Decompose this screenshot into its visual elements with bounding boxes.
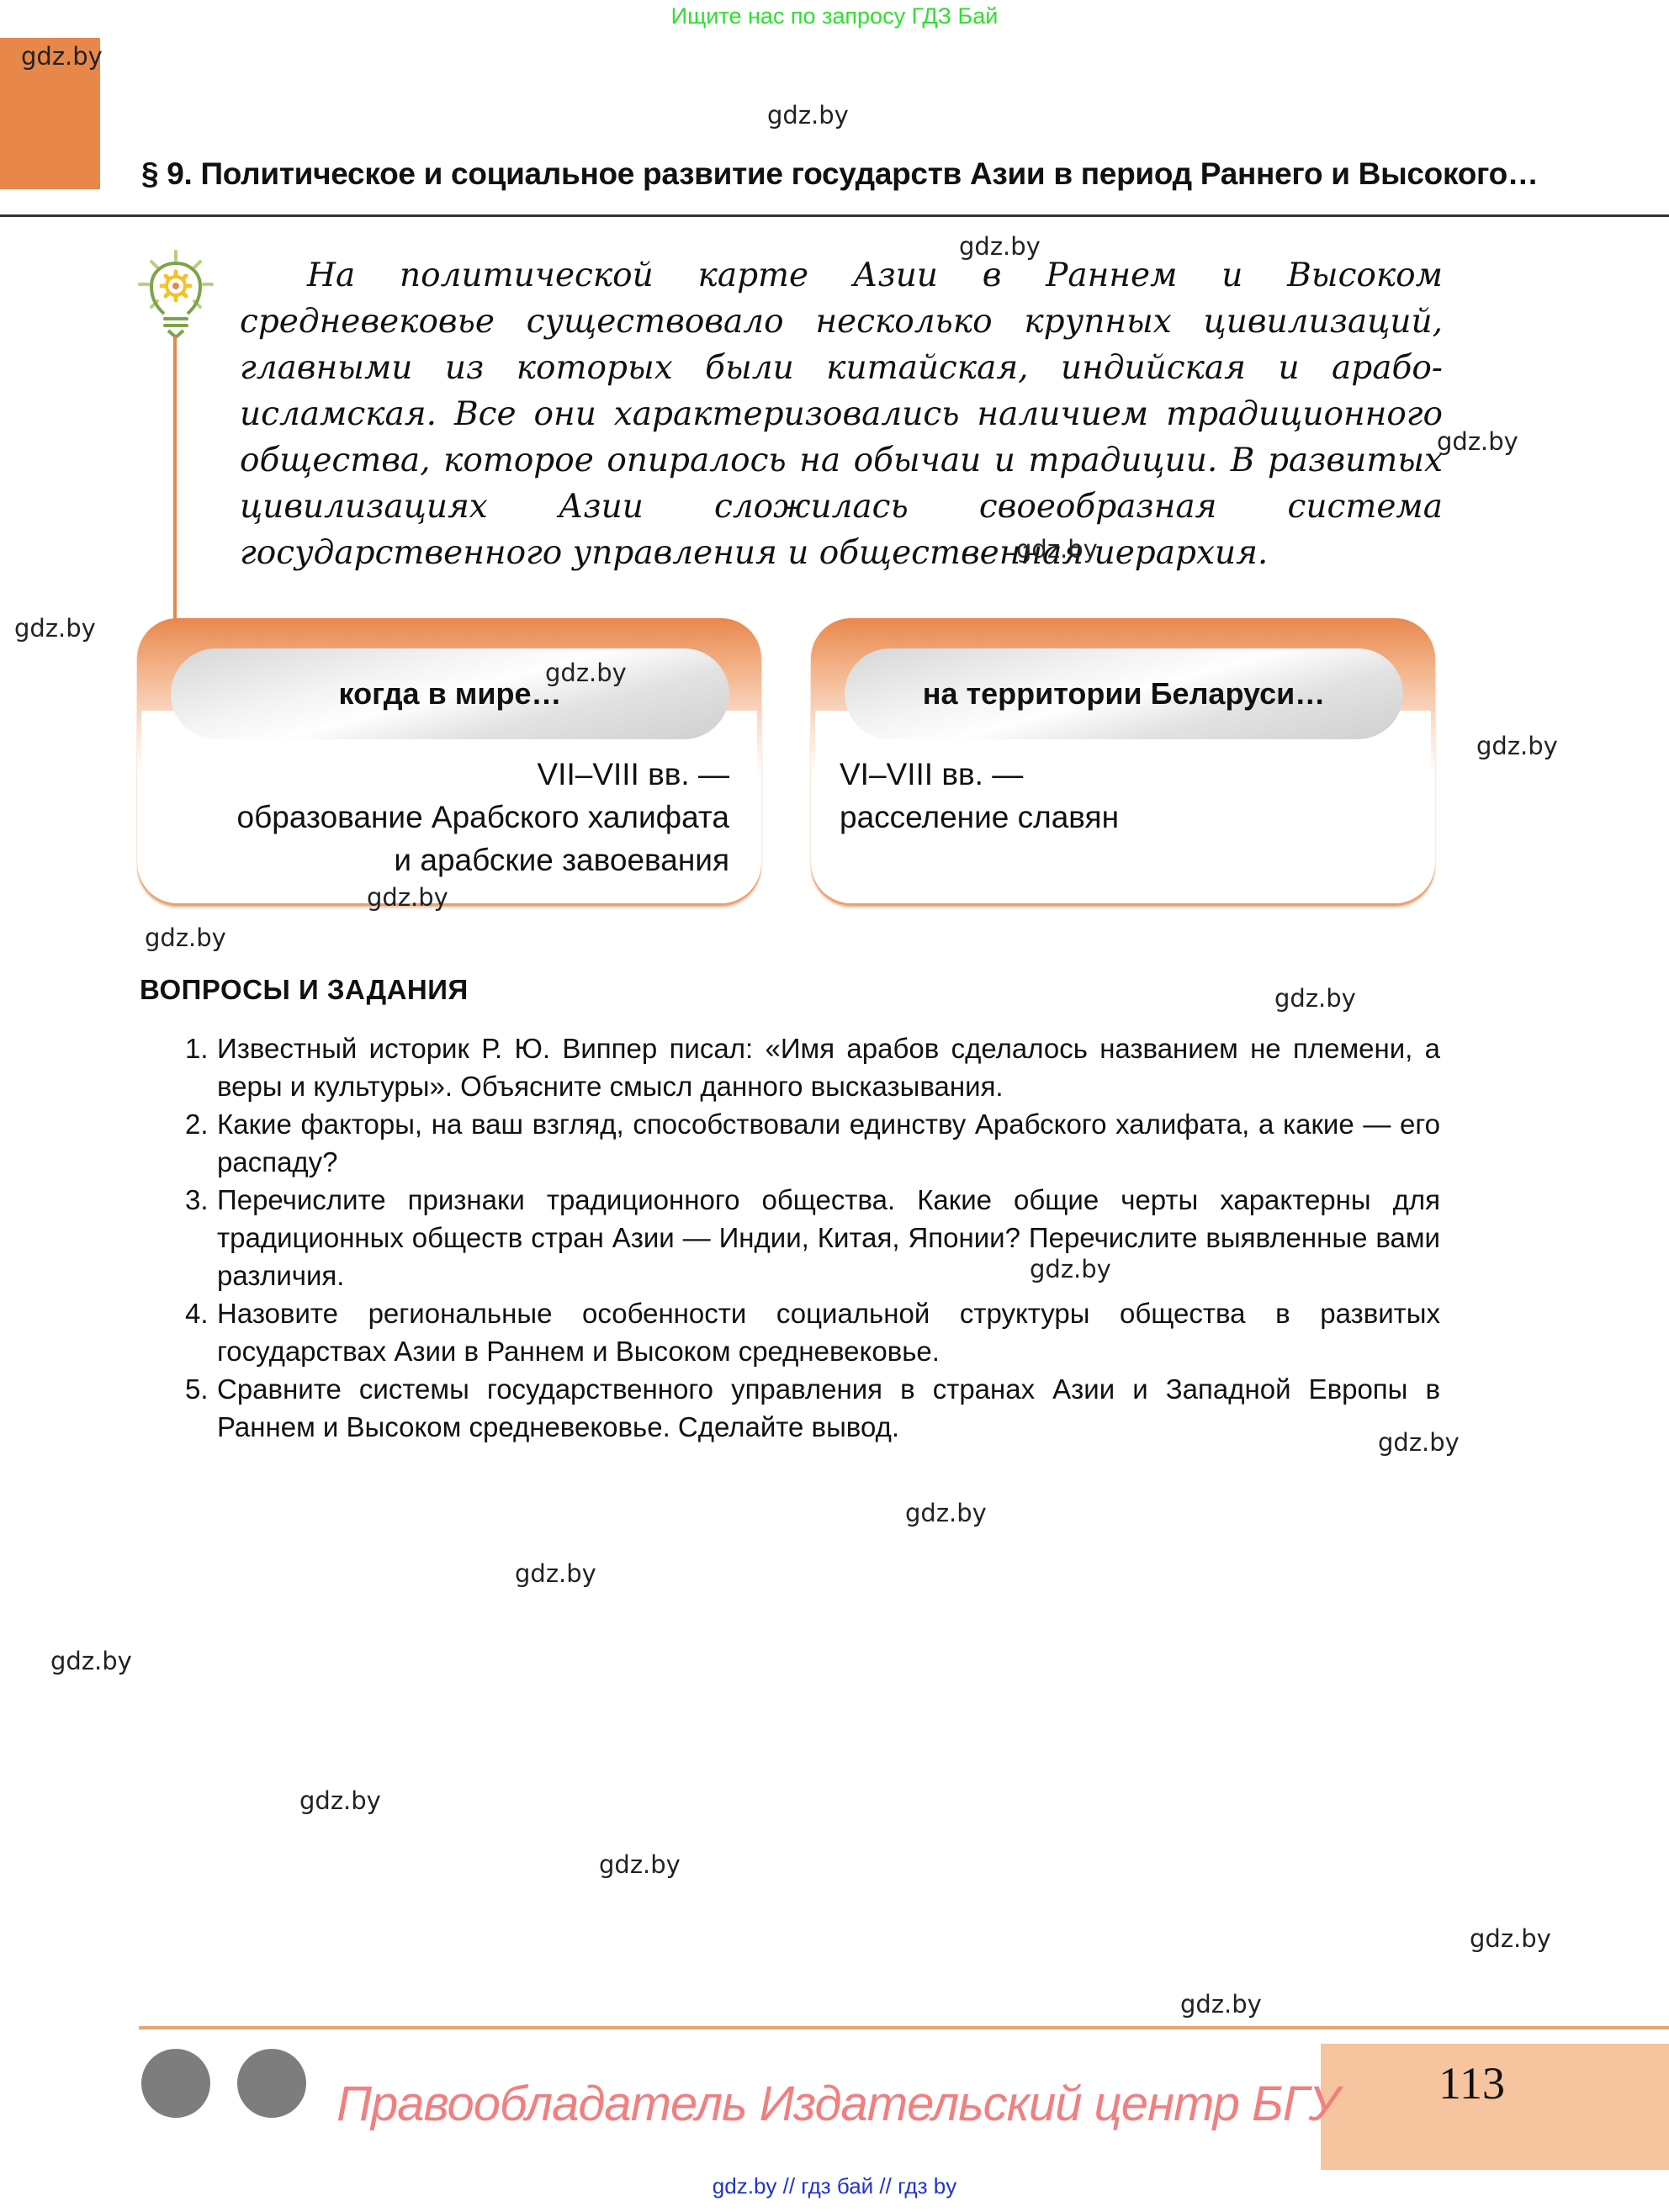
header-divider (0, 214, 1669, 217)
decorative-dot-icon (237, 2049, 306, 2118)
timeline-card-belarus: на территории Беларуси… VI–VIII вв. — ра… (811, 618, 1435, 906)
watermark: gdz.by (50, 1647, 132, 1675)
watermark: gdz.by (767, 101, 849, 130)
card-text: VI–VIII вв. — расселение славян (840, 753, 1403, 839)
intro-text: На политической карте Азии в Раннем и Вы… (240, 252, 1443, 576)
questions-list: 1.Известный историк Р. Ю. Виппер писал: … (185, 1029, 1440, 1446)
footer-divider (139, 2026, 1669, 2029)
question-number: 2. (185, 1105, 209, 1143)
question-text: Известный историк Р. Ю. Виппер писал: «И… (217, 1033, 1440, 1102)
intro-connector-line (173, 336, 177, 627)
watermark: gdz.by (1476, 732, 1558, 760)
question-text: Сравните системы государственного управл… (217, 1373, 1440, 1442)
watermark: gdz.by (299, 1786, 381, 1815)
copyright-notice: Правообладатель Издательский центр БГУ (336, 2076, 1338, 2132)
question-item: 3.Перечислите признаки традиционного общ… (185, 1181, 1440, 1294)
watermark: gdz.by (515, 1559, 596, 1588)
question-number: 3. (185, 1181, 209, 1219)
question-text: Перечислите признаки традиционного общес… (217, 1184, 1440, 1291)
question-item: 1.Известный историк Р. Ю. Виппер писал: … (185, 1029, 1440, 1105)
watermark: gdz.by (1180, 1990, 1262, 2019)
card-heading: на территории Беларуси… (845, 648, 1403, 739)
watermark: gdz.by (1030, 1255, 1111, 1283)
watermark: gdz.by (599, 1850, 681, 1879)
search-banner[interactable]: Ищите нас по запросу ГДЗ Бай (0, 3, 1669, 29)
card-line: VI–VIII вв. — (840, 753, 1403, 796)
watermark: gdz.by (545, 659, 627, 687)
question-item: 2.Какие факторы, на ваш взгляд, способст… (185, 1105, 1440, 1181)
question-number: 1. (185, 1029, 209, 1067)
watermark: gdz.by (905, 1499, 987, 1527)
watermark: gdz.by (1274, 984, 1356, 1013)
card-line: образование Арабского халифата (177, 796, 729, 839)
watermark: gdz.by (367, 883, 448, 912)
page-number: 113 (1439, 2057, 1505, 2109)
footer-links[interactable]: gdz.by // гдз бай // гдз by (0, 2173, 1669, 2199)
watermark: gdz.by (1016, 535, 1098, 564)
decorative-dot-icon (141, 2049, 210, 2118)
watermark: gdz.by (959, 232, 1041, 261)
watermark: gdz.by (1378, 1428, 1460, 1457)
watermark: gdz.by (1437, 427, 1518, 456)
watermark: gdz.by (145, 923, 226, 952)
card-text: VII–VIII вв. — образование Арабского хал… (177, 753, 729, 881)
card-heading: когда в мире… (171, 648, 729, 739)
question-text: Назовите региональные особенности социал… (217, 1298, 1440, 1367)
question-item: 5.Сравните системы государственного упра… (185, 1370, 1440, 1446)
watermark: gdz.by (14, 614, 96, 643)
question-item: 4.Назовите региональные особенности соци… (185, 1294, 1440, 1370)
card-line: расселение славян (840, 796, 1403, 839)
question-number: 4. (185, 1294, 209, 1332)
questions-heading: ВОПРОСЫ И ЗАДАНИЯ (140, 974, 469, 1006)
intro-paragraph: На политической карте Азии в Раннем и Вы… (240, 252, 1443, 576)
timeline-card-world: когда в мире… VII–VIII вв. — образование… (137, 618, 761, 906)
watermark: gdz.by (1470, 1924, 1551, 1953)
watermark: gdz.by (21, 42, 103, 71)
card-line: VII–VIII вв. — (177, 753, 729, 796)
card-line: и арабские завоевания (177, 839, 729, 881)
question-text: Какие факторы, на ваш взгляд, способство… (217, 1109, 1440, 1177)
lightbulb-gear-icon (135, 248, 217, 341)
page-title: § 9. Политическое и социальное развитие … (141, 156, 1539, 192)
question-number: 5. (185, 1370, 209, 1408)
